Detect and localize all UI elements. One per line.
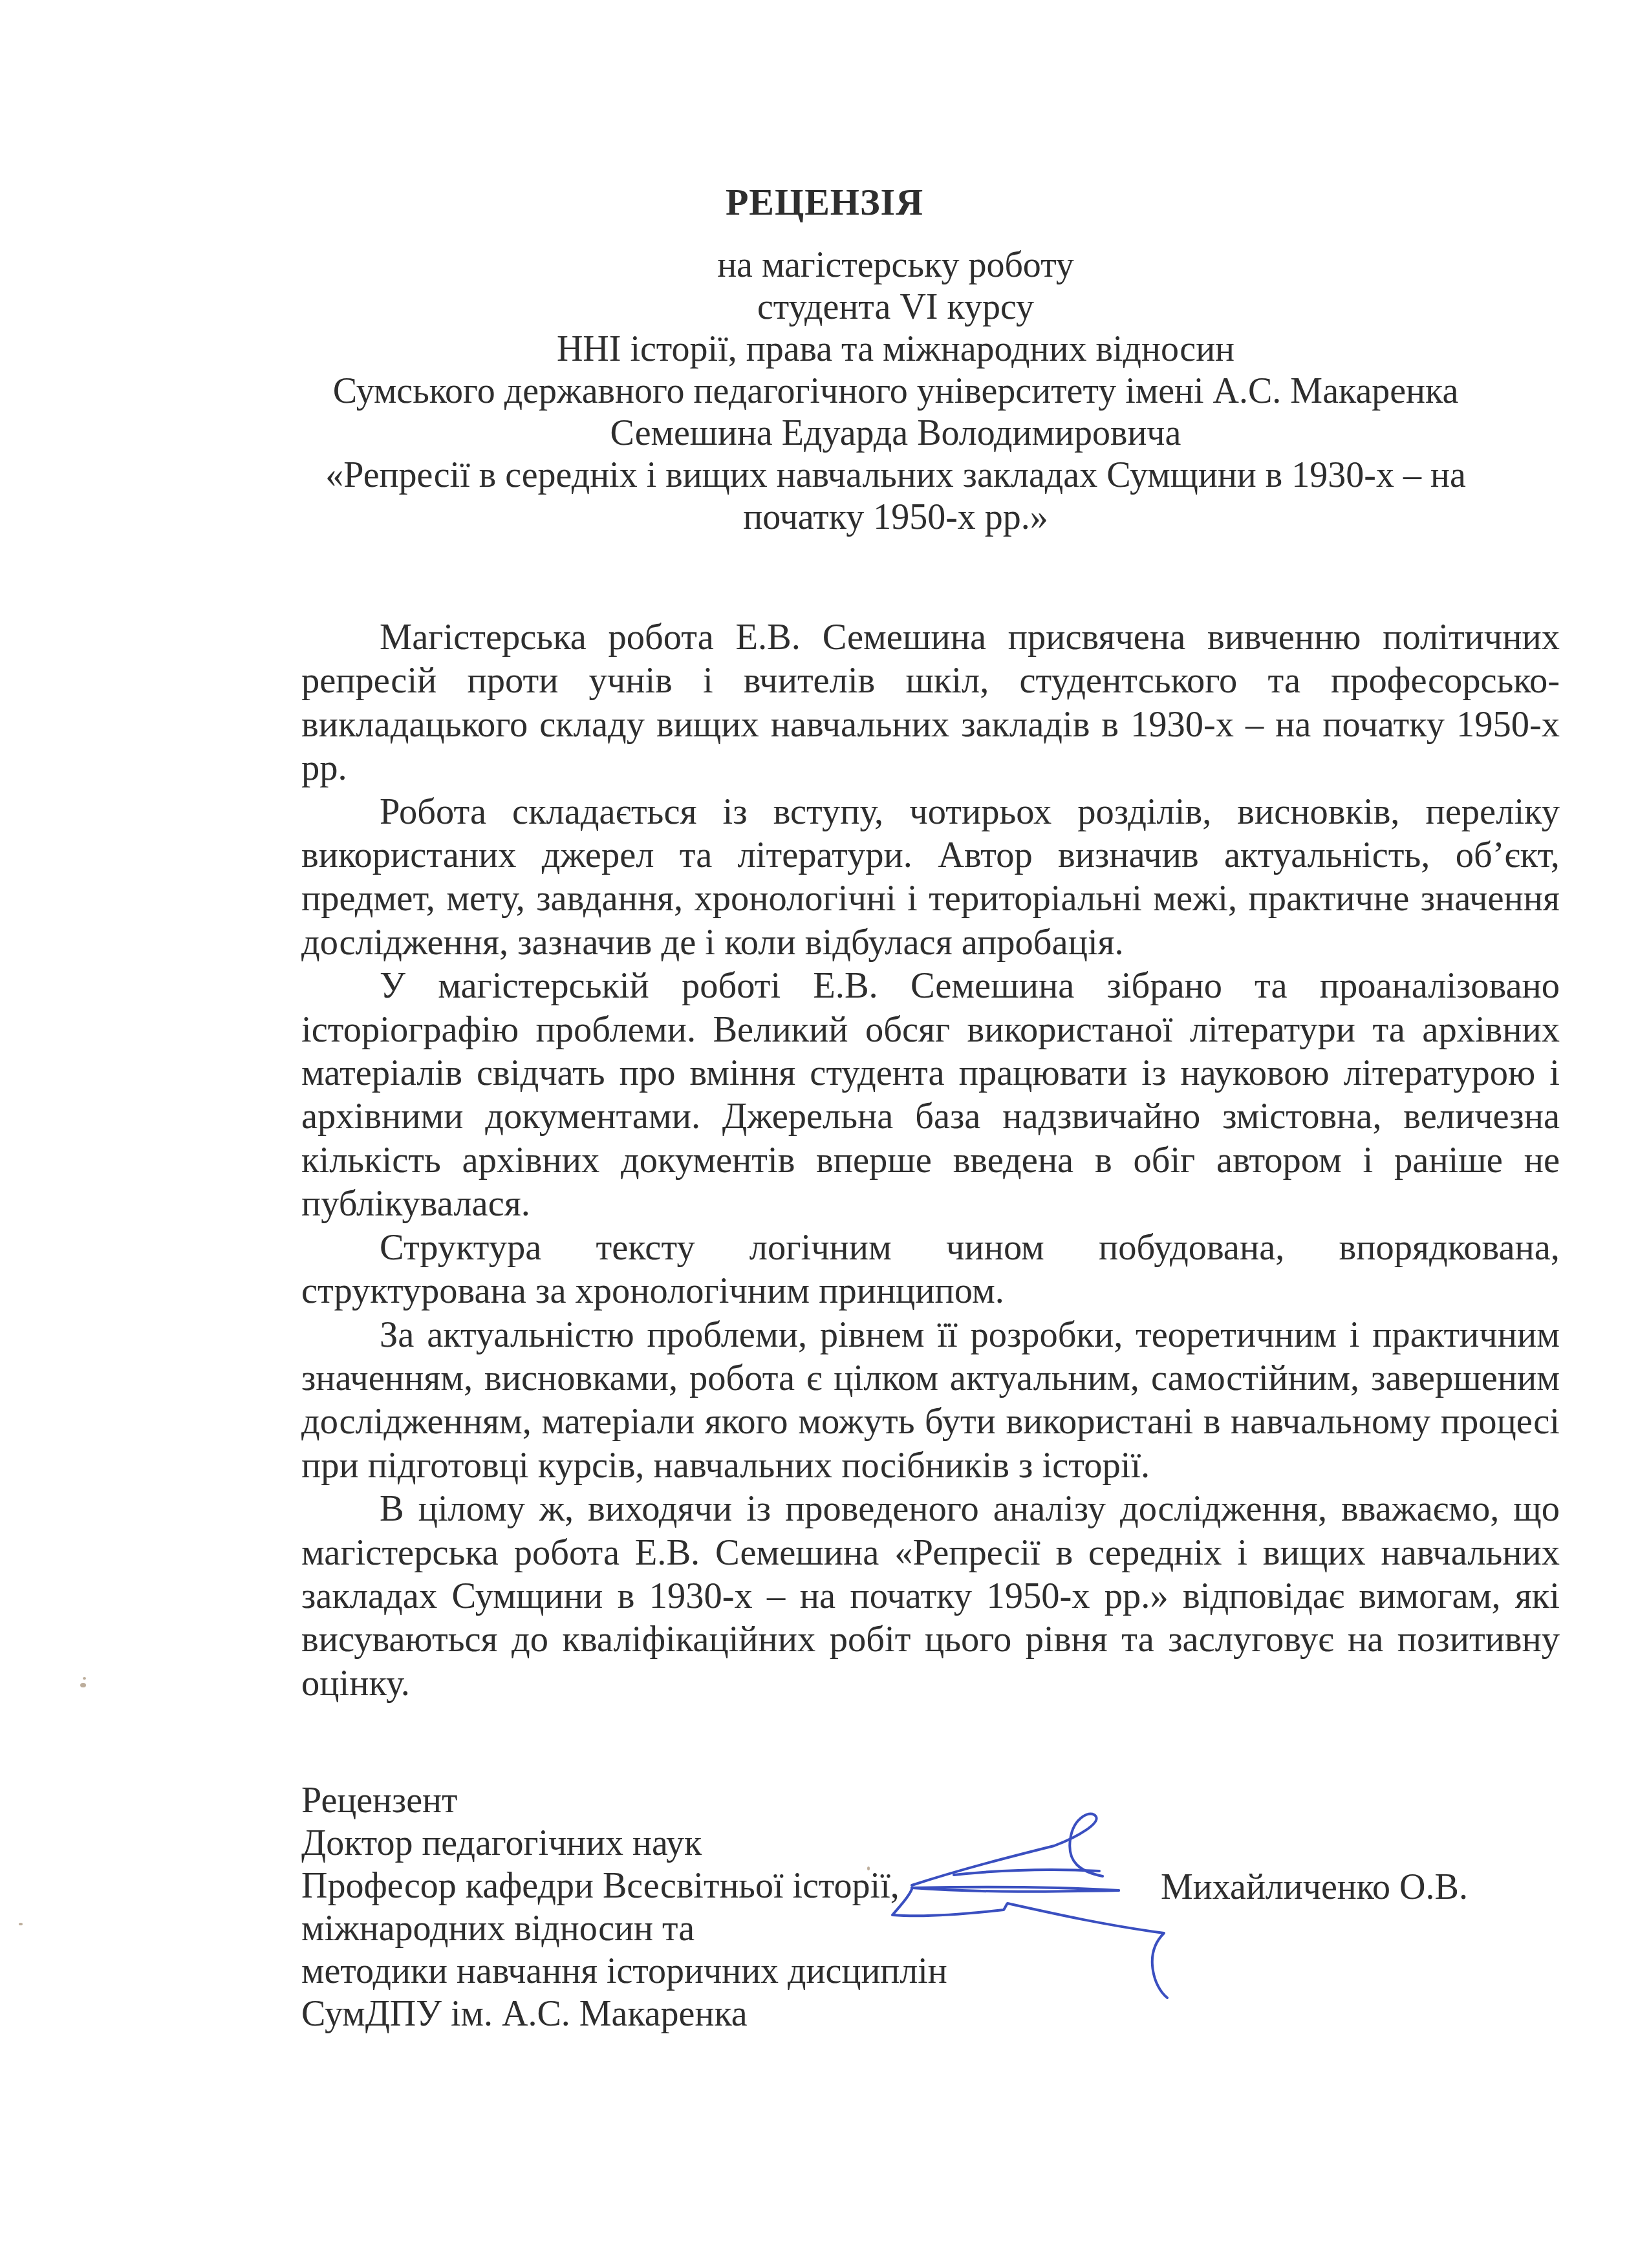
handwritten-signature-icon xyxy=(886,1810,1222,2024)
reviewer-institution: СумДПУ ім. А.С. Макаренка xyxy=(301,1993,947,2035)
paragraph: Робота складається із вступу, чотирьох р… xyxy=(301,791,1560,965)
paragraph: В цілому ж, виходячи із проведеного анал… xyxy=(301,1488,1560,1706)
subtitle-line: студента VI курсу xyxy=(272,286,1520,328)
paragraph: Магістерська робота Е.В. Семешина присвя… xyxy=(301,616,1560,791)
subtitle-line: «Репресії в середніх і вищих навчальних … xyxy=(272,455,1520,497)
reviewer-name: Михайличенко О.В. xyxy=(1161,1866,1468,1909)
subtitle-line: ННІ історії, права та міжнародних віднос… xyxy=(272,328,1520,370)
review-document: РЕЦЕНЗІЯ на магістерську роботу студента… xyxy=(0,0,1649,2268)
reviewer-credentials: Рецензент Доктор педагогічних наук Профе… xyxy=(301,1779,947,2035)
document-subtitle: на магістерську роботу студента VI курсу… xyxy=(272,244,1520,539)
paragraph: У магістерській роботі Е.В. Семешина зіб… xyxy=(301,965,1560,1226)
subtitle-line: Сумського державного педагогічного уніве… xyxy=(272,370,1520,412)
subtitle-line: Семешина Едуарда Володимировича xyxy=(272,412,1520,455)
document-title: РЕЦЕНЗІЯ xyxy=(0,180,1649,225)
reviewer-degree: Доктор педагогічних наук xyxy=(301,1822,947,1865)
scan-speck xyxy=(83,1677,86,1680)
paragraph: Структура тексту логічним чином побудова… xyxy=(301,1226,1560,1314)
reviewer-label: Рецензент xyxy=(301,1779,947,1822)
reviewer-position: Професор кафедри Всесвітньої історії, xyxy=(301,1865,947,1907)
subtitle-line: початку 1950-х рр.» xyxy=(272,497,1520,539)
scan-speck xyxy=(19,1923,23,1925)
subtitle-line: на магістерську роботу xyxy=(272,244,1520,286)
reviewer-department: міжнародних відносин та xyxy=(301,1907,947,1950)
reviewer-department-cont: методики навчання історичних дисциплін xyxy=(301,1950,947,1993)
review-body: Магістерська робота Е.В. Семешина присвя… xyxy=(301,616,1560,1706)
scan-speck xyxy=(80,1683,86,1687)
scan-speck xyxy=(867,1867,870,1870)
paragraph: За актуальністю проблеми, рівнем її розр… xyxy=(301,1314,1560,1488)
